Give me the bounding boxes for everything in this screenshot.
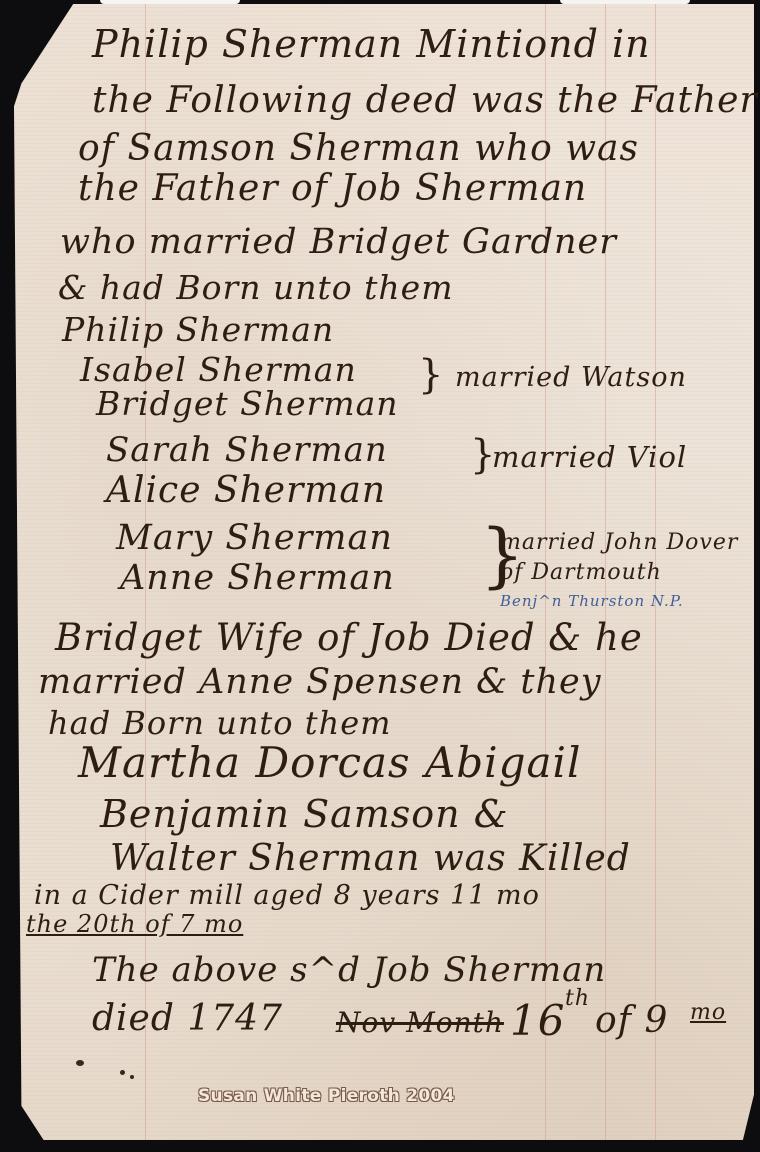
isabel-marriage-note: married Watson (455, 362, 687, 393)
text-line-2: the Following deed was the Father (92, 80, 758, 121)
brace-isabel: } (418, 352, 443, 398)
death-day: 16 (510, 996, 565, 1045)
text-line-14: Bridget Wife of Job Died & he (55, 616, 643, 659)
child-anne: Anne Sherman (120, 558, 395, 598)
text-line-6: & had Born unto them (58, 268, 454, 307)
mary-marriage-note-2: of Dartmouth (500, 560, 662, 585)
top-edge-strip-right (560, 0, 690, 4)
top-edge-strip-left (100, 0, 240, 4)
children-martha-dorcas-abigail: Martha Dorcas Abigail (78, 738, 581, 787)
child-bridget: Bridget Sherman (96, 384, 399, 423)
death-day-suffix: th (565, 986, 590, 1011)
child-philip: Philip Sherman (62, 310, 334, 349)
walter-death-note: in a Cider mill aged 8 years 11 mo (34, 880, 540, 911)
text-line-1: Philip Sherman Mintiond in (92, 22, 651, 66)
child-alice: Alice Sherman (106, 470, 386, 511)
death-month-suffix: mo (690, 1000, 726, 1025)
text-line-15: married Anne Spensen & they (38, 662, 602, 702)
death-month: of 9 (595, 1000, 668, 1041)
text-line-16: had Born unto them (48, 704, 391, 742)
notary-note: Benj^n Thurston N.P. (500, 592, 684, 610)
ink-blot (120, 1070, 125, 1075)
text-line-4: the Father of Job Sherman (78, 168, 587, 209)
children-benjamin-samson: Benjamin Samson & (100, 792, 509, 836)
ink-blot (130, 1075, 134, 1079)
death-year: died 1747 (92, 998, 283, 1039)
child-sarah: Sarah Sherman (106, 430, 388, 470)
walter-death-date: the 20th of 7 mo (26, 910, 243, 938)
sarah-marriage-note: married Viol (492, 440, 687, 474)
ink-blot (76, 1060, 84, 1066)
mary-marriage-note-1: married John Dover (500, 530, 738, 555)
child-walter: Walter Sherman was Killed (110, 838, 631, 879)
text-line-job-death: The above s^d Job Sherman (92, 950, 606, 990)
text-line-3: of Samson Sherman who was (78, 128, 639, 169)
child-mary: Mary Sherman (116, 518, 393, 558)
text-line-5: who married Bridget Gardner (60, 222, 617, 262)
copyright-watermark: Susan White Pieroth 2004 (198, 1086, 455, 1106)
struck-out-text: Nov Month (336, 1006, 504, 1039)
